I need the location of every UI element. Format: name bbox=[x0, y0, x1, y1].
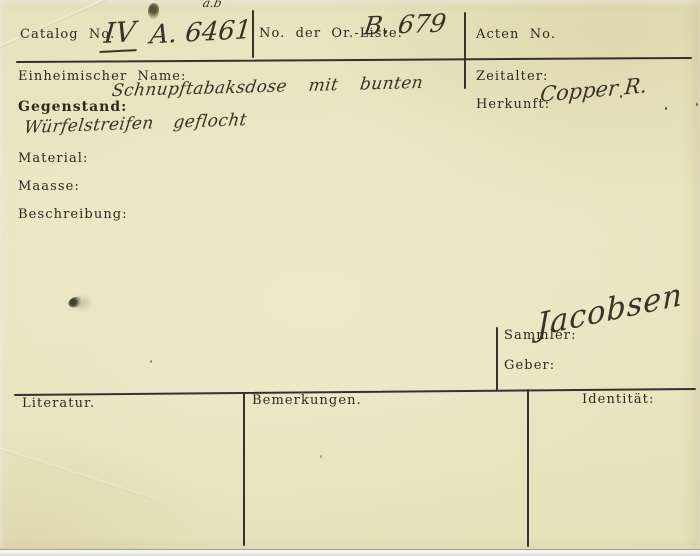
paper-crease bbox=[0, 442, 156, 500]
maasse-label: Maasse: bbox=[18, 180, 80, 194]
divider-header-col2 bbox=[464, 12, 466, 89]
divider-header-bottom bbox=[16, 57, 692, 63]
divider-sammler bbox=[496, 327, 498, 391]
catalog-no-roman: IV bbox=[100, 15, 140, 53]
bemerkungen-label: Bemerkungen. bbox=[252, 394, 362, 408]
divider-footer-col2 bbox=[527, 389, 529, 547]
identitaet-label: Identität: bbox=[582, 393, 654, 407]
geber-label: Geber: bbox=[504, 359, 555, 373]
literatur-label: Literatur. bbox=[22, 397, 95, 411]
gegenstand-label: Gegenstand: bbox=[18, 100, 127, 114]
material-label: Material: bbox=[18, 152, 89, 166]
catalog-no-number: A. 6461 bbox=[149, 15, 253, 50]
or-liste-value: B. 679 bbox=[362, 8, 448, 40]
catalog-card: Catalog No. a.b IV A. 6461 No. der Or.-L… bbox=[0, 0, 700, 549]
beschreibung-label: Beschreibung: bbox=[18, 208, 128, 222]
zeitalter-label: Zeitalter: bbox=[476, 70, 549, 84]
ink-blot bbox=[67, 295, 84, 309]
catalog-annotation: a.b bbox=[202, 0, 223, 10]
catalog-no-value: IV A. 6461 bbox=[100, 9, 254, 53]
divider-footer-col1 bbox=[243, 393, 245, 546]
sammler-signature: Jacobsen bbox=[537, 276, 683, 344]
herkunft-value: Copper R. bbox=[539, 73, 648, 107]
acten-no-label: Acten No. bbox=[476, 28, 556, 42]
scan-edge bbox=[0, 549, 700, 556]
